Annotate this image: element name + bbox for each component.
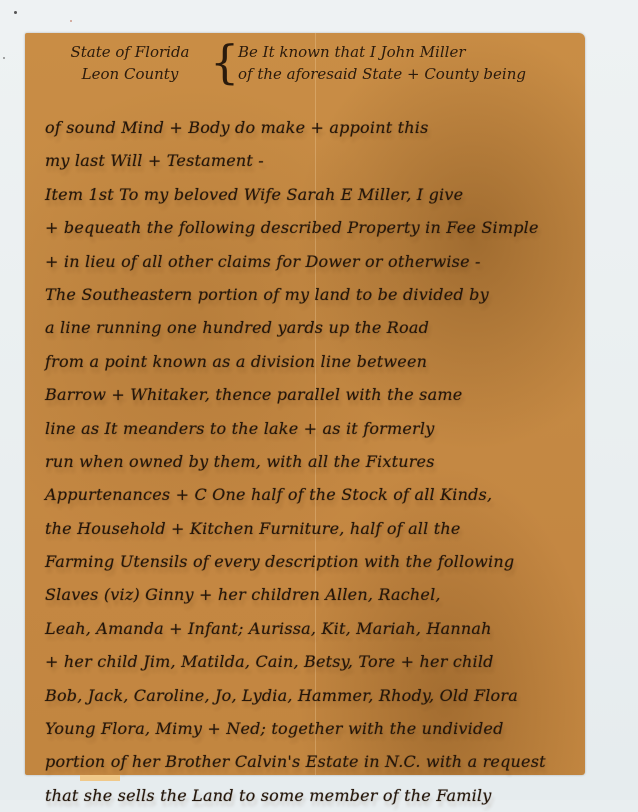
paper-tab	[80, 775, 120, 781]
manuscript-line: that she sells the Land to some member o…	[45, 779, 575, 800]
brace-glyph: {	[210, 37, 239, 87]
manuscript-line: of sound Mind + Body do make + appoint t…	[45, 111, 575, 144]
county-line: Leon County	[55, 63, 205, 85]
dust-speck	[14, 11, 17, 14]
manuscript-line: portion of her Brother Calvin's Estate i…	[45, 745, 575, 778]
manuscript-line: Slaves (viz) Ginny + her children Allen,…	[45, 578, 575, 611]
preamble-line: Be It known that I John Miller	[238, 41, 578, 63]
jurisdiction: State of Florida Leon County	[55, 41, 205, 85]
manuscript-line: + bequeath the following described Prope…	[45, 211, 575, 244]
manuscript-line: The Southeastern portion of my land to b…	[45, 278, 575, 311]
manuscript-line: + in lieu of all other claims for Dower …	[45, 245, 575, 278]
manuscript-body: of sound Mind + Body do make + appoint t…	[45, 111, 575, 800]
manuscript-line: my last Will + Testament -	[45, 144, 575, 177]
manuscript-line: Barrow + Whitaker, thence parallel with …	[45, 378, 575, 411]
manuscript-line: Bob, Jack, Caroline, Jo, Lydia, Hammer, …	[45, 679, 575, 712]
preamble-line: of the aforesaid State + County being	[238, 63, 578, 85]
manuscript-line: line as It meanders to the lake + as it …	[45, 412, 575, 445]
state-line: State of Florida	[55, 41, 205, 63]
manuscript-line: Young Flora, Mimy + Ned; together with t…	[45, 712, 575, 745]
manuscript-page: State of Florida Leon County { Be It kno…	[25, 33, 585, 775]
manuscript-line: run when owned by them, with all the Fix…	[45, 445, 575, 478]
manuscript-line: from a point known as a division line be…	[45, 345, 575, 378]
manuscript-line: Item 1st To my beloved Wife Sarah E Mill…	[45, 178, 575, 211]
manuscript-line: Farming Utensils of every description wi…	[45, 545, 575, 578]
document-header: State of Florida Leon County { Be It kno…	[55, 41, 575, 101]
manuscript-line: Appurtenances + C One half of the Stock …	[45, 478, 575, 511]
manuscript-line: Leah, Amanda + Infant; Aurissa, Kit, Mar…	[45, 612, 575, 645]
manuscript-line: + her child Jim, Matilda, Cain, Betsy, T…	[45, 645, 575, 678]
preamble: Be It known that I John Miller of the af…	[238, 41, 578, 85]
dust-speck	[70, 20, 72, 22]
manuscript-line: a line running one hundred yards up the …	[45, 311, 575, 344]
manuscript-line: the Household + Kitchen Furniture, half …	[45, 512, 575, 545]
dust-speck	[3, 57, 5, 59]
